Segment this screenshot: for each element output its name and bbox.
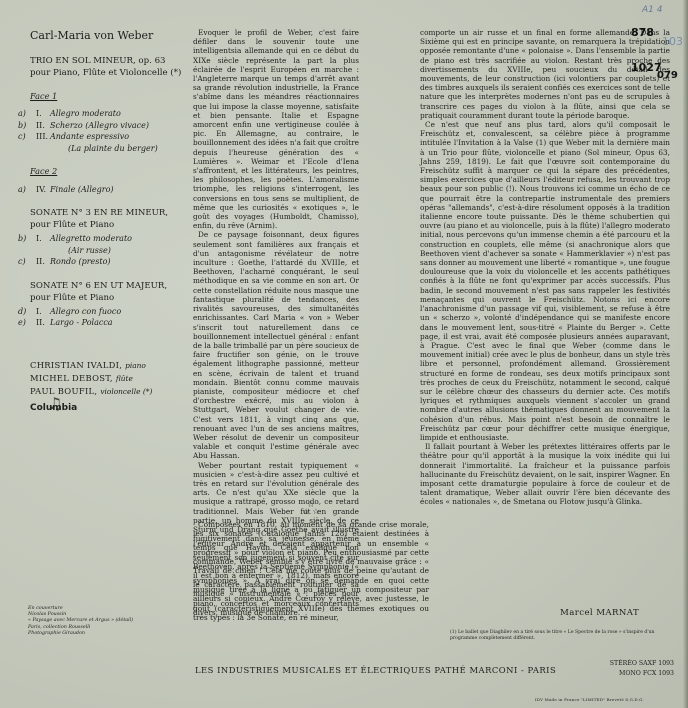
columbia-logo: ♫ Columbia <box>30 403 77 413</box>
stamp-number: 878 <box>631 26 654 39</box>
author-signature: Marcel MARNAT <box>560 608 639 618</box>
catalog-stereo: STÉRÉO SAXF 1093 <box>588 659 674 669</box>
publisher-line: LES INDUSTRIES MUSICALES ET ÉLECTRIQUES … <box>195 665 556 675</box>
performer: MICHEL DEBOST, flûte <box>30 372 190 385</box>
sonata-3-title: SONATE N° 3 EN RE MINEUR, pour Flûte et … <box>30 207 190 231</box>
composer-name: Carl-Maria von Weber <box>30 30 190 41</box>
movement: c)II.Rondo (presto) <box>18 256 190 268</box>
movement-subtitle: (Air russe) <box>68 245 190 257</box>
music-note-icon: ♫ <box>48 394 62 413</box>
movement-subtitle: (La plainte du berger) <box>68 143 190 155</box>
movement: a)IV.Finale (Allegro) <box>18 184 190 196</box>
movement-letter: d) <box>18 306 32 318</box>
sonata-3-subtitle: pour Flûte et Piano <box>30 219 190 231</box>
movement-letter: e) <box>18 317 32 329</box>
movement-name: Finale (Allegro) <box>50 184 114 196</box>
face-1-label: Face 1 <box>30 91 190 102</box>
performer-name: CHRISTIAN IVALDI, <box>30 360 122 370</box>
movement-letter: c) <box>18 256 32 268</box>
movement-name: Scherzo (Allegro vivace) <box>50 120 149 132</box>
movement-number: I. <box>36 233 50 245</box>
stamp-number: 079 <box>657 70 678 81</box>
movement: d)I.Allegro con fuoco <box>18 306 190 318</box>
trio-title-line: TRIO EN SOL MINEUR, op. 63 <box>30 55 190 67</box>
section-separator-stars: ☆☆ ☆ <box>296 501 326 515</box>
movement-number: II. <box>36 317 50 329</box>
movement-number: I. <box>36 306 50 318</box>
sonata-6-title-line: SONATE N° 6 EN UT MAJEUR, <box>30 280 190 292</box>
cover-credits: En couverture Nicolas Poussin « Paysage … <box>28 606 178 637</box>
article-column-2: comporte un air russe et un final en for… <box>420 28 670 507</box>
movement-number: II. <box>36 120 50 132</box>
handwritten-mark: A1 4 <box>642 5 662 15</box>
trio-title: TRIO EN SOL MINEUR, op. 63 pour Piano, F… <box>30 55 190 79</box>
footnote: (1) Le ballet que Diaghilev en a tiré so… <box>450 630 675 641</box>
movement: e)II.Largo - Polacca <box>18 317 190 329</box>
movement-name: Rondo (presto) <box>50 256 111 268</box>
sonata-3-title-line: SONATE N° 3 EN RE MINEUR, <box>30 207 190 219</box>
movement-letter: c) <box>18 131 32 143</box>
movement-number: I. <box>36 108 50 120</box>
performer-role: piano <box>125 361 146 370</box>
movement: b)II.Scherzo (Allegro vivace) <box>18 120 190 132</box>
paragraph: De ce paysage foisonnant, deux figures s… <box>193 230 359 460</box>
performer-role: violoncelle (*) <box>100 387 152 396</box>
track-listing: Carl-Maria von Weber TRIO EN SOL MINEUR,… <box>18 24 190 398</box>
performers: CHRISTIAN IVALDI, piano MICHEL DEBOST, f… <box>30 359 190 398</box>
performer-role: flûte <box>116 374 133 383</box>
made-in-france-line: IDV Made in France "LIMITED" Breveté S.G… <box>535 697 644 702</box>
handwritten-number: 103 <box>662 35 683 48</box>
paragraph: Evoquer le profil de Weber, c'est faire … <box>193 28 359 230</box>
credit-line: Photographie Giraudon <box>28 631 178 637</box>
movement-number: IV. <box>36 184 50 196</box>
performer-name: MICHEL DEBOST, <box>30 373 113 383</box>
movement-name: Allegretto moderato <box>50 233 132 245</box>
movement-letter: a) <box>18 108 32 120</box>
movement-name: Andante espressivo <box>50 131 129 143</box>
catalog-mono: MONO FCX 1093 <box>588 669 674 679</box>
sonata-6-subtitle: pour Flûte et Piano <box>30 292 190 304</box>
movement-letter: a) <box>18 184 32 196</box>
movement-number: III. <box>36 131 50 143</box>
movement: c)III.Andante espressivo <box>18 131 190 143</box>
movement: b)I.Allegretto moderato <box>18 233 190 245</box>
movement-name: Allegro con fuoco <box>50 306 121 318</box>
movement-letter: b) <box>18 120 32 132</box>
movement-number: II. <box>36 256 50 268</box>
movement-name: Largo - Polacca <box>50 317 113 329</box>
album-back-cover: Carl-Maria von Weber TRIO EN SOL MINEUR,… <box>0 0 688 708</box>
article-sonatas-section: Composées en 1810, au moment de sa grand… <box>193 520 429 622</box>
paragraph: Ce n'est que neuf ans plus tard, alors q… <box>420 120 670 442</box>
performer-name: PAUL BOUFIL, <box>30 386 97 396</box>
paragraph: comporte un air russe et un final en for… <box>420 28 670 120</box>
sleeve-edge <box>683 0 688 708</box>
trio-subtitle: pour Piano, Flûte et Violoncelle (*) <box>30 67 190 79</box>
face-2-label: Face 2 <box>30 166 190 177</box>
paragraph: Composées en 1810, au moment de sa grand… <box>193 520 429 622</box>
movement: a)I.Allegro moderato <box>18 108 190 120</box>
sonata-6-title: SONATE N° 6 EN UT MAJEUR, pour Flûte et … <box>30 280 190 304</box>
movement-letter: b) <box>18 233 32 245</box>
performer: CHRISTIAN IVALDI, piano <box>30 359 190 372</box>
paragraph: Il fallait pourtant à Weber les prétexte… <box>420 442 670 506</box>
movement-name: Allegro moderato <box>50 108 121 120</box>
catalog-numbers: STÉRÉO SAXF 1093 MONO FCX 1093 <box>588 659 674 679</box>
